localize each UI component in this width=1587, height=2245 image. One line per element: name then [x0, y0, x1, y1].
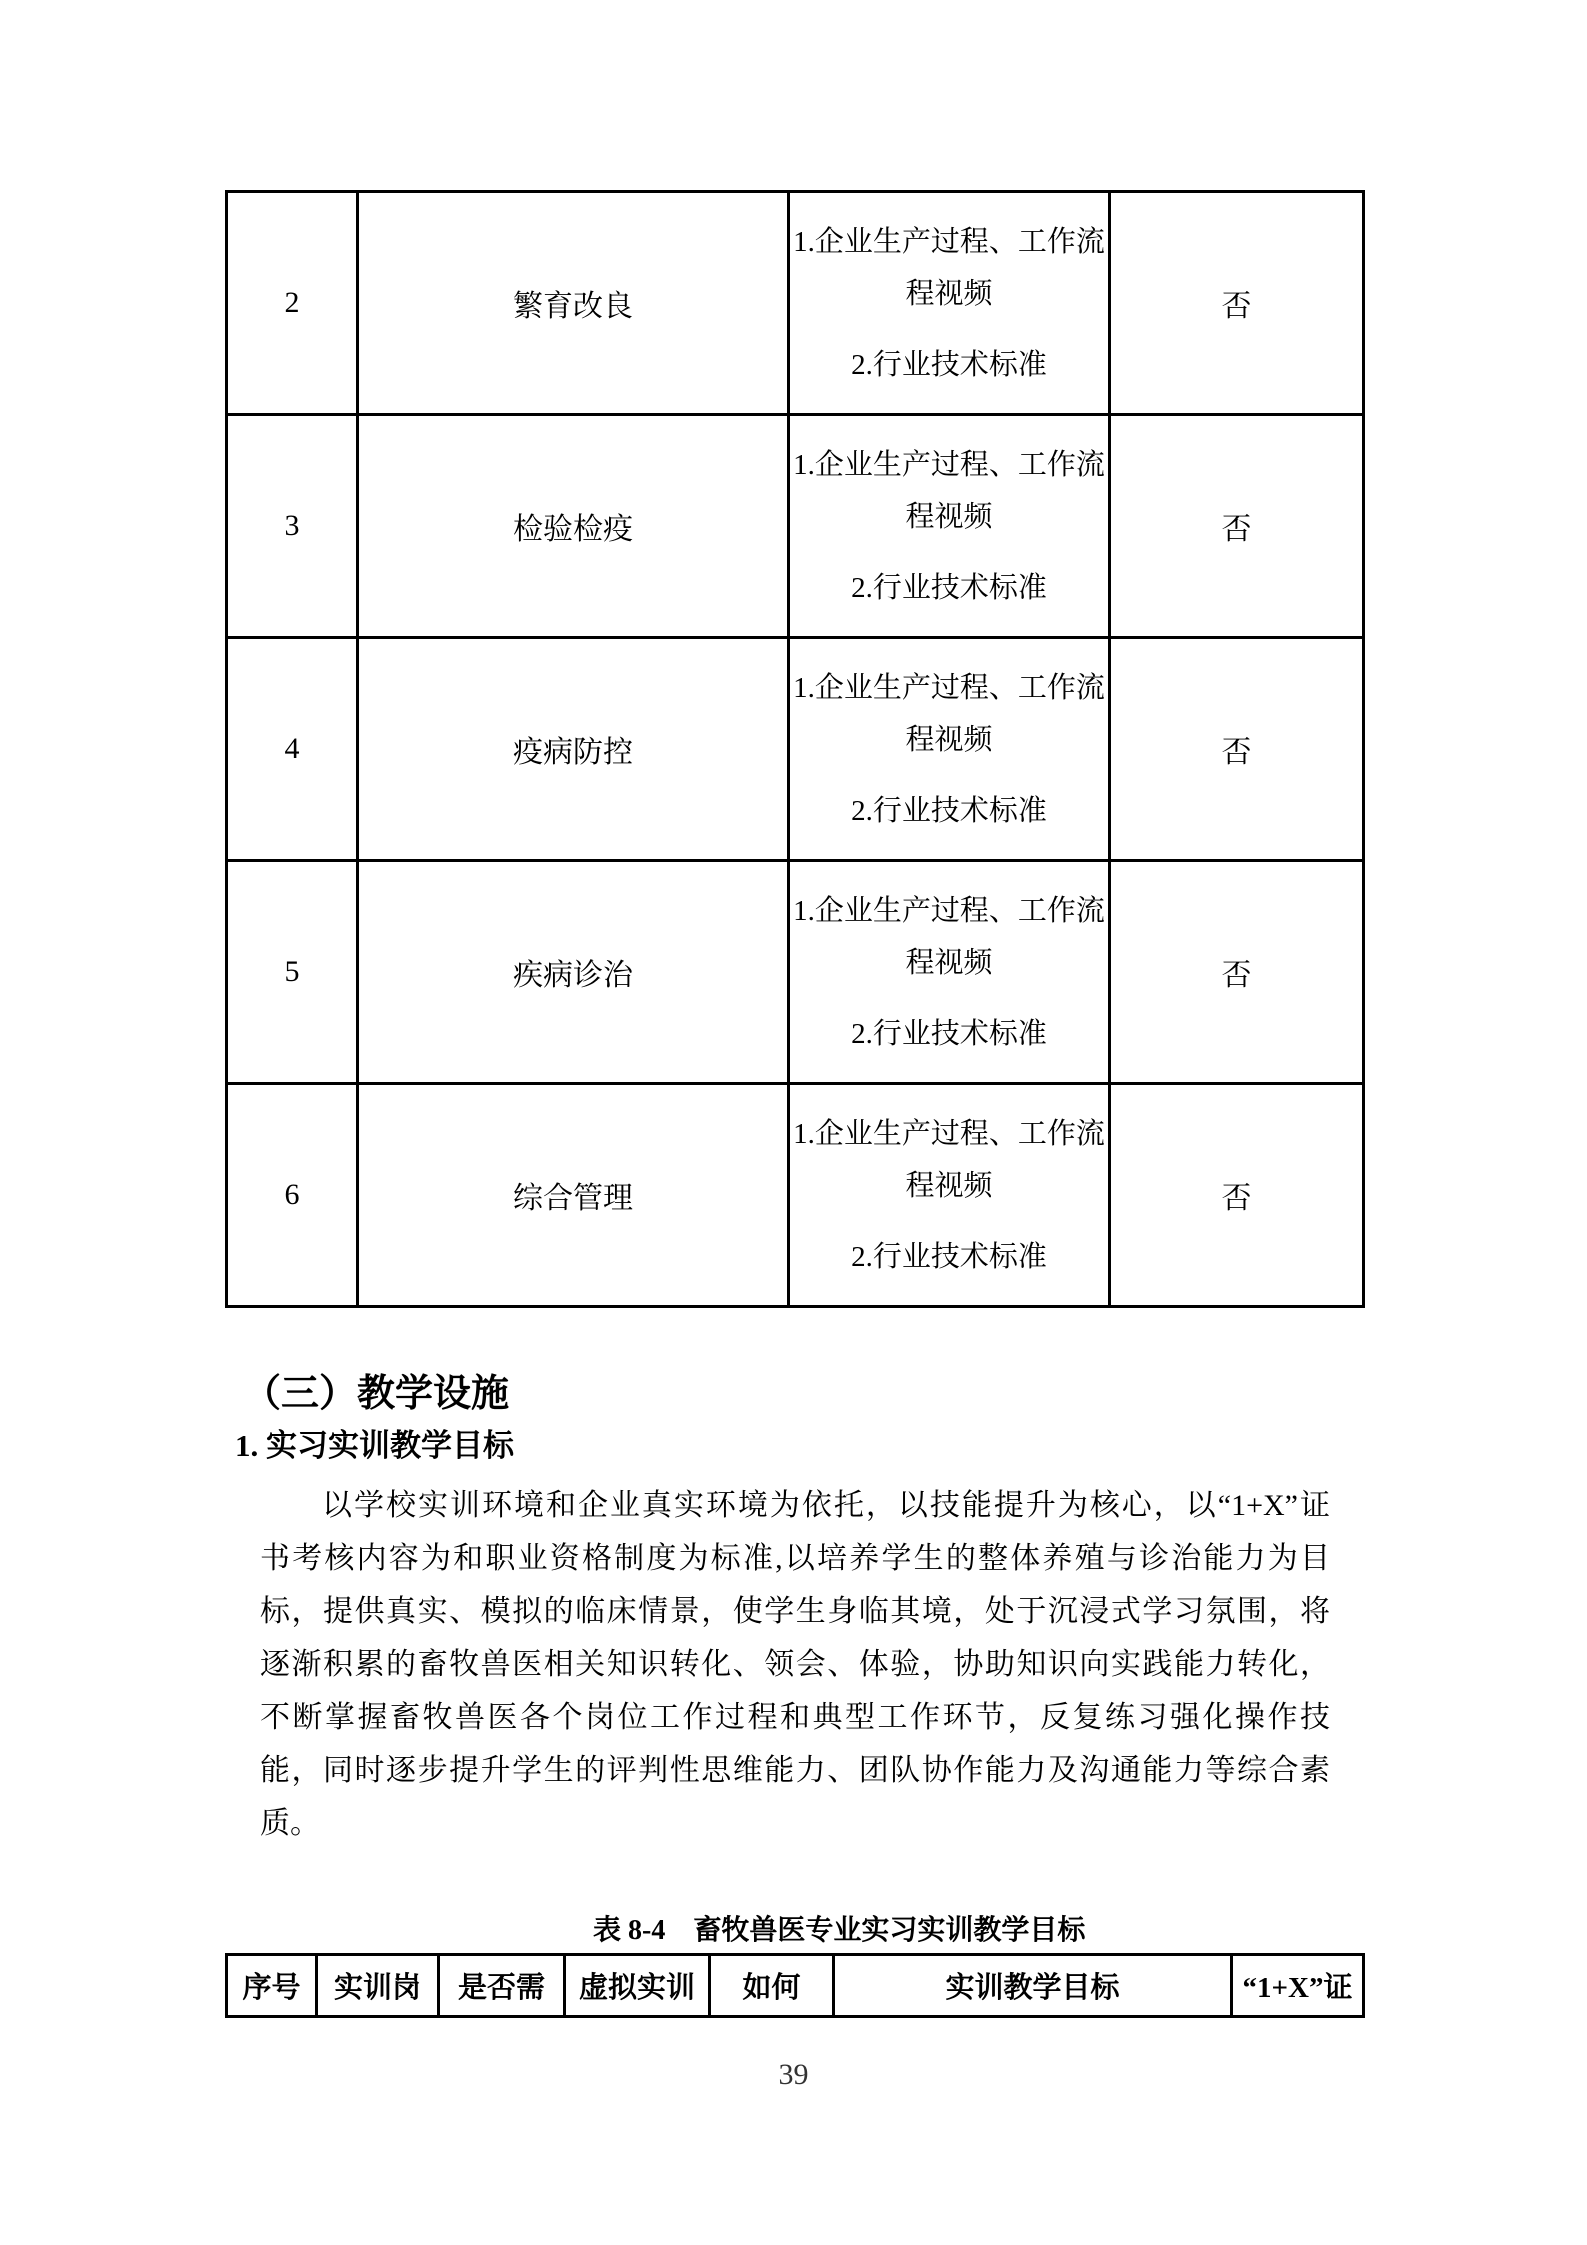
resource-line: 程视频: [790, 491, 1108, 543]
resource-cell: 1.企业生产过程、工作流 程视频 2.行业技术标准: [789, 192, 1110, 415]
resource-cell: 1.企业生产过程、工作流 程视频 2.行业技术标准: [789, 415, 1110, 638]
paragraph-line: 逐渐积累的畜牧兽医相关知识转化、领会、体验，协助知识向实践能力转化，: [260, 1638, 1330, 1691]
virtual-flag-cell: 否: [1110, 192, 1364, 415]
paragraph-line: 以学校实训环境和企业真实环境为依托，以技能提升为核心，以“1+X”证: [260, 1479, 1330, 1532]
row-number-cell: 6: [227, 1084, 358, 1307]
resource-line: 2.行业技术标准: [790, 339, 1108, 391]
resource-line: 2.行业技术标准: [790, 1231, 1108, 1283]
document-page: 2 繁育改良 1.企业生产过程、工作流 程视频 2.行业技术标准 否 3 检验检…: [0, 0, 1587, 2245]
header-cell: 是否需: [439, 1955, 565, 2017]
resource-cell: 1.企业生产过程、工作流 程视频 2.行业技术标准: [789, 861, 1110, 1084]
resource-line: 2.行业技术标准: [790, 562, 1108, 614]
row-number-cell: 5: [227, 861, 358, 1084]
resource-line: 程视频: [790, 714, 1108, 766]
virtual-flag-cell: 否: [1110, 638, 1364, 861]
body-paragraph: 以学校实训环境和企业真实环境为依托，以技能提升为核心，以“1+X”证 书考核内容…: [260, 1479, 1330, 1850]
paragraph-line: 质。: [260, 1797, 1330, 1850]
training-goal-table: 序号 实训岗 是否需 虚拟实训 如何 实训教学目标 “1+X”证: [225, 1953, 1365, 2018]
page-number: 39: [0, 2058, 1587, 2092]
table-caption: 表 8-4 畜牧兽医专业实习实训教学目标: [593, 1914, 1085, 1948]
paragraph-line: 标，提供真实、模拟的临床情景，使学生身临其境，处于沉浸式学习氛围，将: [260, 1585, 1330, 1638]
row-number-cell: 3: [227, 415, 358, 638]
header-cell: 虚拟实训: [565, 1955, 710, 2017]
resource-line: 1.企业生产过程、工作流: [790, 439, 1108, 491]
table-row: 4 疫病防控 1.企业生产过程、工作流 程视频 2.行业技术标准 否: [227, 638, 1364, 861]
table-row: 2 繁育改良 1.企业生产过程、工作流 程视频 2.行业技术标准 否: [227, 192, 1364, 415]
header-cell: 如何: [710, 1955, 834, 2017]
resource-line: 2.行业技术标准: [790, 785, 1108, 837]
table-row: 3 检验检疫 1.企业生产过程、工作流 程视频 2.行业技术标准 否: [227, 415, 1364, 638]
resource-line: 2.行业技术标准: [790, 1008, 1108, 1060]
resource-line: 1.企业生产过程、工作流: [790, 662, 1108, 714]
header-cell: “1+X”证: [1232, 1955, 1364, 2017]
paragraph-line: 书考核内容为和职业资格制度为标准,以培养学生的整体养殖与诊治能力为目: [260, 1532, 1330, 1585]
post-name-cell: 疫病防控: [358, 638, 789, 861]
header-cell: 实训教学目标: [834, 1955, 1232, 2017]
post-name-cell: 疾病诊治: [358, 861, 789, 1084]
virtual-flag-cell: 否: [1110, 861, 1364, 1084]
post-name-cell: 综合管理: [358, 1084, 789, 1307]
paragraph-line: 能，同时逐步提升学生的评判性思维能力、团队协作能力及沟通能力等综合素: [260, 1744, 1330, 1797]
row-number-cell: 4: [227, 638, 358, 861]
resource-line: 1.企业生产过程、工作流: [790, 1108, 1108, 1160]
post-name-cell: 繁育改良: [358, 192, 789, 415]
header-cell: 序号: [227, 1955, 317, 2017]
row-number-cell: 2: [227, 192, 358, 415]
section-heading: （三）教学设施: [243, 1372, 509, 1416]
subsection-heading: 1. 实习实训教学目标: [235, 1428, 514, 1464]
table-header-row: 序号 实训岗 是否需 虚拟实训 如何 实训教学目标 “1+X”证: [227, 1955, 1364, 2017]
resource-line: 程视频: [790, 1160, 1108, 1212]
virtual-flag-cell: 否: [1110, 415, 1364, 638]
resource-cell: 1.企业生产过程、工作流 程视频 2.行业技术标准: [789, 638, 1110, 861]
resource-line: 程视频: [790, 937, 1108, 989]
post-name-cell: 检验检疫: [358, 415, 789, 638]
table-row: 6 综合管理 1.企业生产过程、工作流 程视频 2.行业技术标准 否: [227, 1084, 1364, 1307]
header-cell: 实训岗: [317, 1955, 439, 2017]
table-row: 5 疾病诊治 1.企业生产过程、工作流 程视频 2.行业技术标准 否: [227, 861, 1364, 1084]
training-resource-table: 2 繁育改良 1.企业生产过程、工作流 程视频 2.行业技术标准 否 3 检验检…: [225, 190, 1365, 1308]
virtual-flag-cell: 否: [1110, 1084, 1364, 1307]
resource-cell: 1.企业生产过程、工作流 程视频 2.行业技术标准: [789, 1084, 1110, 1307]
paragraph-line: 不断掌握畜牧兽医各个岗位工作过程和典型工作环节，反复练习强化操作技: [260, 1691, 1330, 1744]
resource-line: 1.企业生产过程、工作流: [790, 216, 1108, 268]
resource-line: 1.企业生产过程、工作流: [790, 885, 1108, 937]
resource-line: 程视频: [790, 268, 1108, 320]
